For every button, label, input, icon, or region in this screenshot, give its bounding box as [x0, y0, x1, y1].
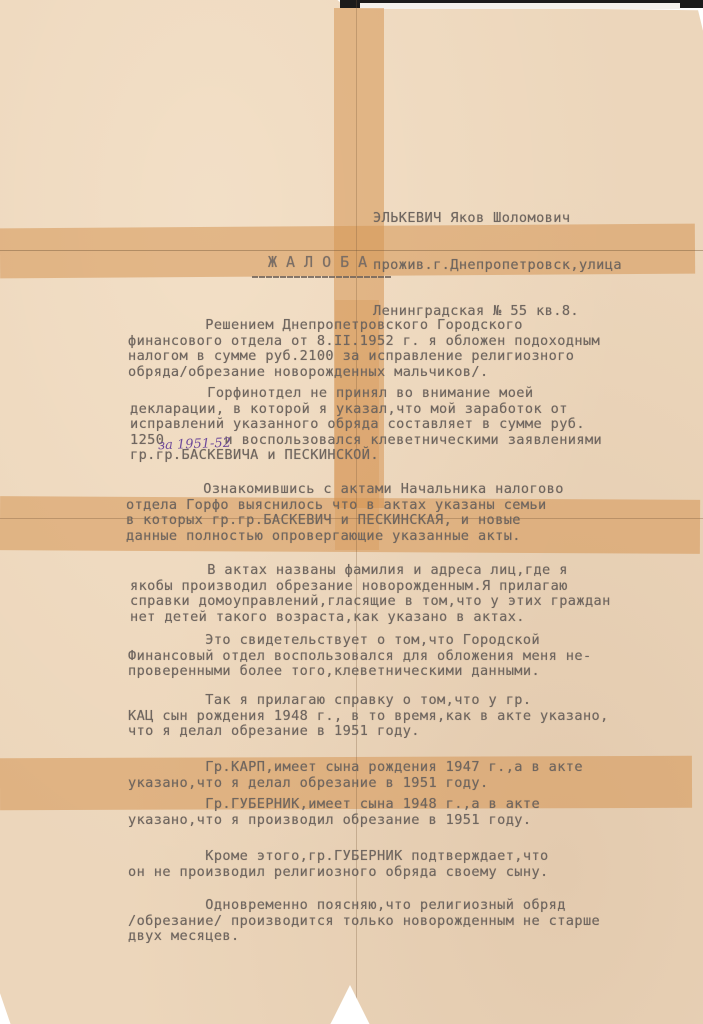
text-line: Одновременно поясняю,что религиозный обр…	[128, 898, 600, 914]
text-line: декларации, в которой я указал,что мой з…	[130, 402, 602, 418]
title-underline	[252, 276, 392, 278]
document-title: ЖАЛОБА	[268, 255, 376, 271]
text-line: справки домоуправлений,гласящие в том,чт…	[130, 594, 611, 610]
text-line: исправлений указанного обряда составляет…	[130, 417, 602, 433]
text-line: что я делал обрезание в 1951 году.	[128, 724, 609, 740]
text-line: налогом в сумме руб.2100 за исправление …	[128, 349, 600, 365]
text-line: Гр.ГУБЕРНИК,имеет сына 1948 г.,а в акте	[128, 797, 540, 813]
paragraph: Одновременно поясняю,что религиозный обр…	[128, 898, 600, 945]
address-line: прожив.г.Днепропетровск,улица	[373, 258, 622, 274]
text-line: Так я прилагаю справку о том,что у гр.	[128, 693, 609, 709]
text-line: данные полностью опровергающие указанные…	[126, 529, 564, 545]
text-line: Это свидетельствует о том,что Городской	[128, 633, 592, 649]
paragraph: Гр.ГУБЕРНИК,имеет сына 1948 г.,а в актеу…	[128, 797, 540, 828]
text-line: финансового отдела от 8.II.1952 г. я обл…	[128, 334, 600, 350]
text-line: Финансовый отдел воспользовался для обло…	[128, 649, 592, 665]
text-line: двух месяцев.	[128, 929, 600, 945]
text-line: В актах названы фамилия и адреса лиц,где…	[130, 563, 611, 579]
text-line: отдела Горфо выяснилось что в актах указ…	[126, 498, 564, 514]
text-line: указано,что я производил обрезание в 195…	[128, 813, 540, 829]
paragraph: Горфинотдел не принял во внимание моейде…	[130, 386, 602, 464]
text-line: КАЦ сын рождения 1948 г., в то время,как…	[128, 709, 609, 725]
text-line: Ознакомившись с актами Начальника налого…	[126, 482, 564, 498]
paragraph: Ознакомившись с актами Начальника налого…	[126, 482, 564, 544]
text-line: нет детей такого возраста,как указано в …	[130, 610, 611, 626]
text-line: указано,что я делал обрезание в 1951 год…	[128, 776, 583, 792]
text-line: Гр.КАРП,имеет сына рождения 1947 г.,а в …	[128, 760, 583, 776]
sender-address: ЭЛЬКЕВИЧ Яков Шоломович прожив.г.Днепроп…	[373, 180, 622, 335]
text-line: обряда/обрезание новорожденных мальчиков…	[128, 365, 600, 381]
text-line: якобы производил обрезание новорожденным…	[130, 579, 611, 595]
address-line: ЭЛЬКЕВИЧ Яков Шоломович	[373, 211, 622, 227]
text-line: Решением Днепропетровского Городского	[128, 318, 600, 334]
text-line: он не производил религиозного обряда сво…	[128, 865, 549, 881]
paragraph: Так я прилагаю справку о том,что у гр.КА…	[128, 693, 609, 740]
paragraph: Гр.КАРП,имеет сына рождения 1947 г.,а в …	[128, 760, 583, 791]
scan-edge-light	[360, 3, 680, 9]
paragraph: В актах названы фамилия и адреса лиц,где…	[130, 563, 611, 625]
paragraph: Кроме этого,гр.ГУБЕРНИК подтверждает,что…	[128, 849, 549, 880]
text-line: проверенными более того,клеветническими …	[128, 664, 592, 680]
text-line: /обрезание/ производится только новорожд…	[128, 914, 600, 930]
handwritten-note: за 1951-52	[158, 436, 231, 454]
text-line: Горфинотдел не принял во внимание моей	[130, 386, 602, 402]
paragraph: Решением Днепропетровского Городскогофин…	[128, 318, 600, 380]
text-line: в которых гр.гр.БАСКЕВИЧ и ПЕСКИНСКАЯ, и…	[126, 513, 564, 529]
text-line: Кроме этого,гр.ГУБЕРНИК подтверждает,что	[128, 849, 549, 865]
paragraph: Это свидетельствует о том,что ГородскойФ…	[128, 633, 592, 680]
torn-notch	[330, 985, 370, 1024]
